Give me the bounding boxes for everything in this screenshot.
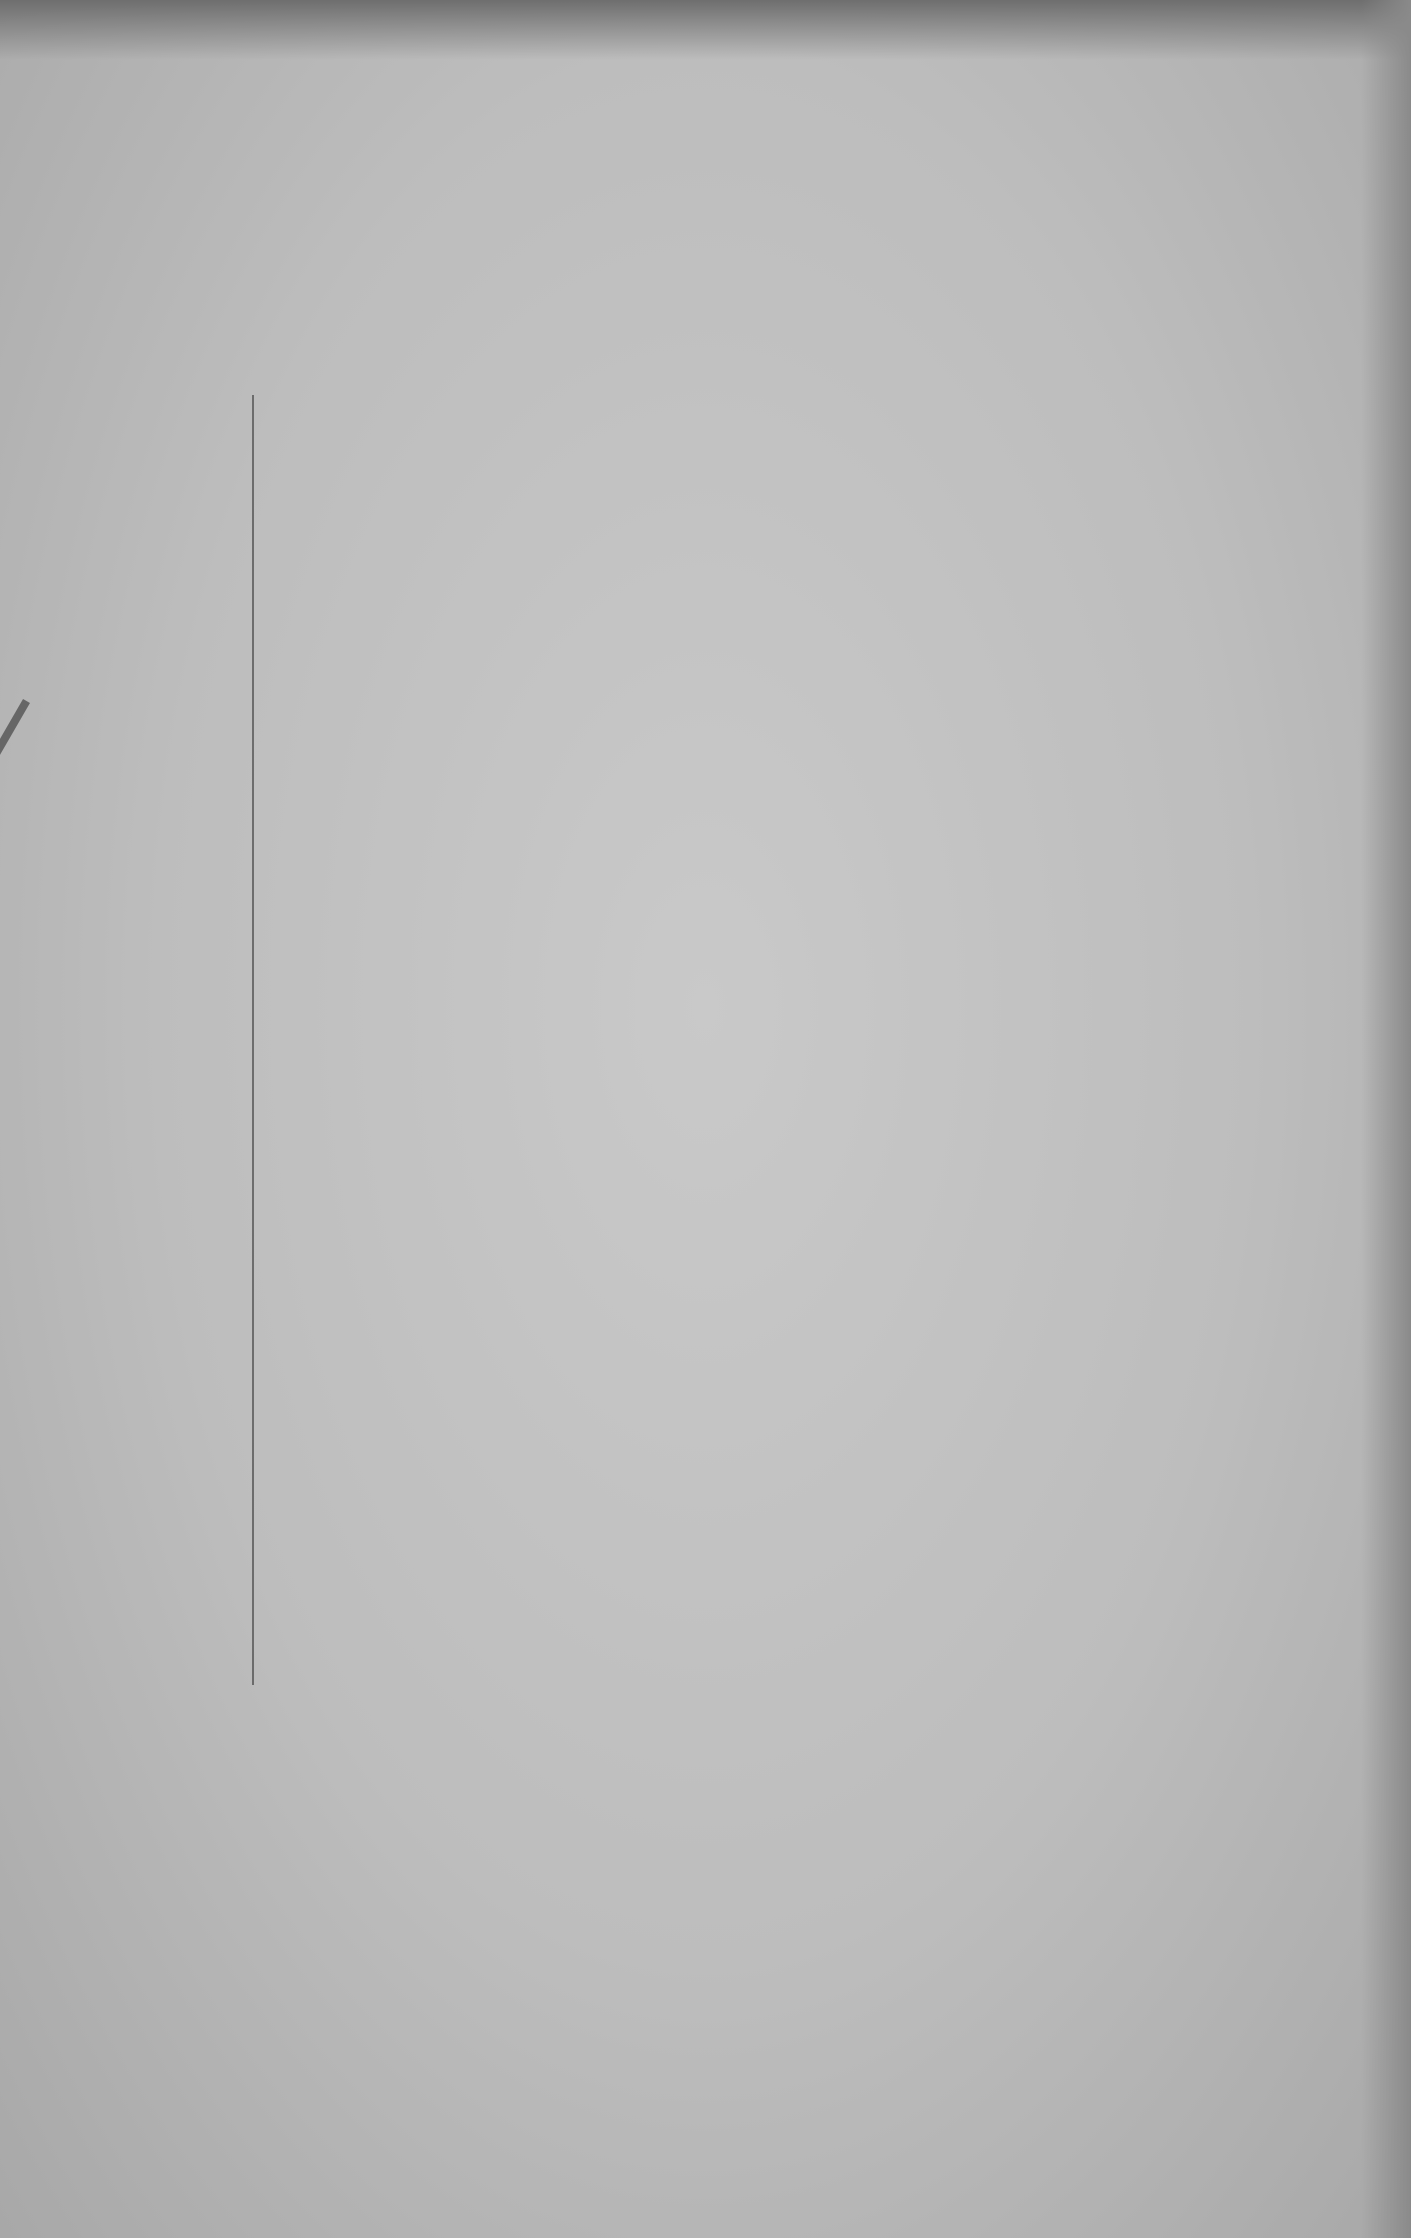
scan-shadow-top: [0, 0, 1411, 60]
scan-shadow-right: [1361, 0, 1411, 2238]
margin-rule: [252, 395, 254, 1685]
scanned-register-page: [0, 0, 1411, 2238]
margin-ink-stroke: [0, 699, 30, 781]
